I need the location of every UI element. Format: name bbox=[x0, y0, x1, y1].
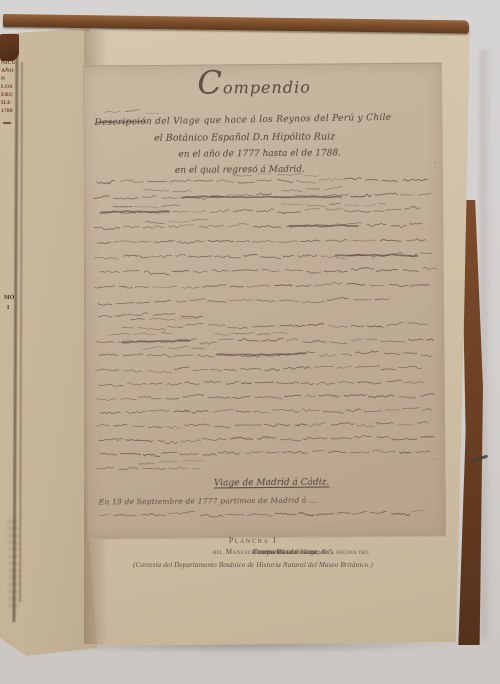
volume-fragment-line: MO bbox=[4, 293, 20, 303]
volume-number-fragment: MO I bbox=[4, 293, 20, 313]
caption-text: o copia en borrador bbox=[253, 548, 317, 556]
spine-fragment: 1788 bbox=[1, 107, 15, 115]
manuscript-title: Compendio bbox=[84, 76, 424, 99]
spine-fragment: ILE bbox=[1, 99, 15, 107]
facsimile-plate: Compendio Descripción del Viage que hace… bbox=[83, 62, 446, 539]
spine-fragment: AÑO bbox=[1, 67, 15, 75]
spine-fragment: N bbox=[1, 75, 15, 83]
left-page-text-smudge bbox=[8, 520, 18, 610]
spine-fragment-dash bbox=[3, 122, 11, 124]
spine-fragment: ERU bbox=[1, 91, 15, 99]
spine-top-corner bbox=[0, 34, 19, 61]
backdrop-shadow bbox=[480, 50, 492, 640]
spine-fragment: LOS bbox=[1, 83, 15, 91]
plate-caption: Plancha I Fotografía de la primera págin… bbox=[86, 536, 420, 569]
plate-number: Plancha I bbox=[86, 536, 420, 545]
photograph-of-open-book: CION NICO AÑO N LOS ERU ILE 1788 MO I Co… bbox=[0, 0, 500, 684]
caption-courtesy: (Cortesía del Departamento Botánico de H… bbox=[86, 561, 420, 569]
volume-fragment-line: I bbox=[4, 303, 20, 313]
